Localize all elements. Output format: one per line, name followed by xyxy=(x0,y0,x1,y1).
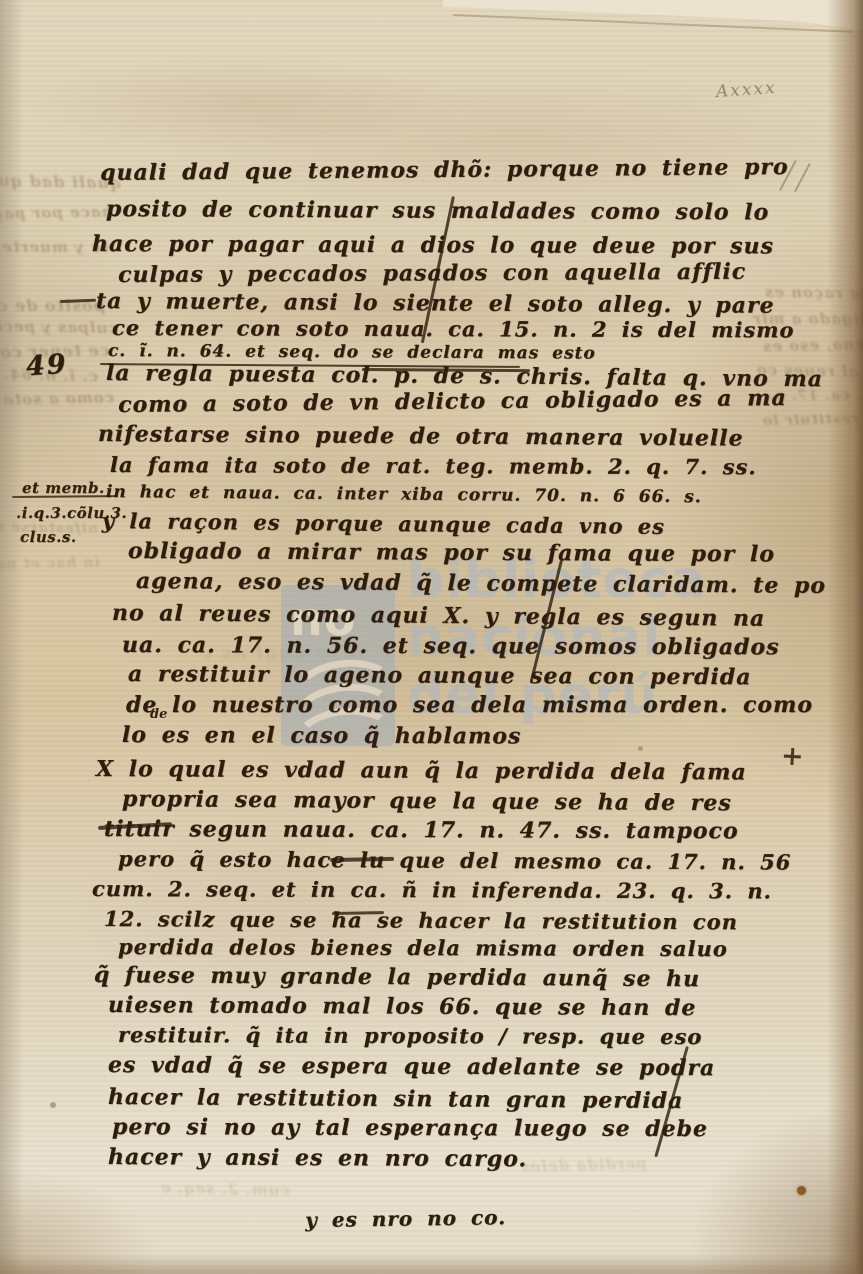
page-edge-bottom xyxy=(0,1254,863,1274)
page-edge-right xyxy=(827,0,863,1274)
manuscript-line: hace por pagar aqui a dios lo que deue p… xyxy=(92,231,774,259)
manuscript-line: in hac et naua. ca. inter xiba corru. 70… xyxy=(106,482,702,507)
manuscript-line: y es nro no co. xyxy=(305,1205,506,1232)
margin-number: 49 xyxy=(25,349,69,383)
manuscript-line: hacer la restitution sin tan gran perdid… xyxy=(108,1084,684,1114)
manuscript-line: tituir segun naua. ca. 17. n. 47. ss. ta… xyxy=(104,816,739,844)
marginal-cross-mark: + xyxy=(780,740,804,772)
manuscript-line: ta y muerte, ansi lo siente el soto alle… xyxy=(96,288,775,319)
manuscript-line: como a soto de vn delicto ca obligado es… xyxy=(118,385,787,418)
manuscript-line: restituir. q̃ ita in proposito / resp. q… xyxy=(118,1022,702,1049)
foxing-spot xyxy=(638,746,643,751)
foxing-spot xyxy=(797,1186,806,1195)
manuscript-line: 12. scilz que se ha se hacer la restitut… xyxy=(104,906,738,934)
manuscript-line: culpas y peccados pasados con aquella af… xyxy=(118,259,746,288)
page-edge-left xyxy=(0,0,24,1274)
manuscript-line: ua. ca. 17. n. 56. et seq. que somos obl… xyxy=(122,632,780,660)
deckle-edge xyxy=(443,0,863,30)
manuscript-line: quali dad que tenemos dhõ: porque no tie… xyxy=(100,154,789,186)
ink-stroke xyxy=(12,495,118,498)
manuscript-line: lo es en el caso q̃ hablamos xyxy=(122,722,521,749)
manuscript-line: la fama ita soto de rat. teg. memb. 2. q… xyxy=(110,452,757,479)
manuscript-line: propria sea mayor que la que se ha de re… xyxy=(122,786,732,816)
manuscript-line: nifestarse sino puede de otra manera vol… xyxy=(98,421,744,452)
manuscript-line: no al reues como aqui X. y regla es segu… xyxy=(112,600,766,632)
manuscript-line: es vdad q̃ se espera que adelante se pod… xyxy=(108,1052,715,1081)
manuscript-line: de lo nuestro como sea dela misma orden.… xyxy=(126,692,813,718)
manuscript-line: y la raçon es porque aunque cada vno es xyxy=(102,508,665,539)
manuscript-line: hacer y ansi es en nro cargo. xyxy=(108,1144,527,1172)
manuscript-line: obligado a mirar mas por su fama que por… xyxy=(128,538,775,567)
manuscript-line: X lo qual es vdad aun q̃ la perdida dela… xyxy=(96,756,747,785)
margin-note-3: clus.s. xyxy=(20,528,77,546)
manuscript-line: perdida delos bienes dela misma orden sa… xyxy=(118,934,728,961)
manuscript-line: pero si no ay tal esperança luego se deb… xyxy=(112,1114,708,1142)
manuscript-scan: quali dad que hace por pagarta y muerte,… xyxy=(0,0,863,1274)
faint-margin-mark xyxy=(794,163,811,192)
manuscript-line: a restituir lo ageno aunque sea con perd… xyxy=(128,661,752,690)
manuscript-line: uiesen tomado mal los 66. que se han de xyxy=(108,992,697,1021)
manuscript-line: cum. 2. seq. et in ca. ñ in inferenda. 2… xyxy=(92,876,772,903)
bleedthrough-fragment: perdida delos xyxy=(520,1155,647,1176)
bleedthrough-fragment: cum. 2. seq. e xyxy=(160,1179,290,1200)
manuscript-line: pero q̃ esto hace lu que del mesmo ca. 1… xyxy=(118,846,792,875)
interlinear-insertion: de xyxy=(150,707,167,722)
margin-note-2: .i.q.3.cõlu.3. xyxy=(16,504,127,522)
manuscript-line: ce tener con soto naua. ca. 15. n. 2 is … xyxy=(112,315,795,342)
manuscript-line: q̃ fuese muy grande la perdida aunq̃ se … xyxy=(94,962,700,992)
manuscript-line: agena, eso es vdad q̃ le compete clarida… xyxy=(136,568,826,599)
folio-mark: Axxxx xyxy=(715,78,777,102)
manuscript-line: posito de continuar sus maldades como so… xyxy=(106,196,769,225)
foxing-spot xyxy=(50,1102,56,1108)
